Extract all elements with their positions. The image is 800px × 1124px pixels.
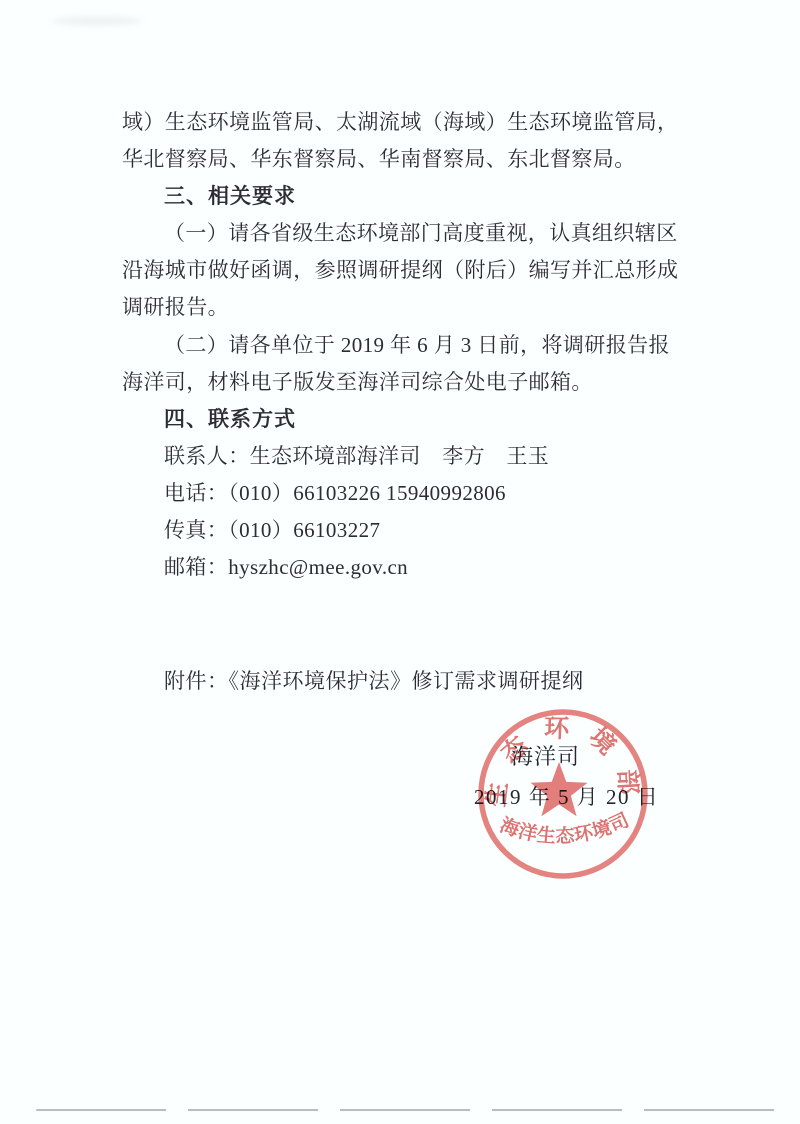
scan-edge-line [36, 1109, 790, 1111]
official-seal: 生态环境部 海洋生态环境司 [477, 708, 649, 880]
text-line-3: 三、相关要求 [122, 178, 686, 215]
scan-smudge [52, 16, 142, 26]
text-line-2: 华北督察局、华东督察局、华南督察局、东北督察局。 [122, 141, 686, 178]
text-line-11: 电话：（010）66103226 15940992806 [122, 475, 686, 512]
document-page: 域）生态环境监管局、太湖流域（海域）生态环境监管局，华北督察局、华东督察局、华南… [0, 0, 800, 1124]
text-line-4: （一）请各省级生态环境部门高度重视，认真组织辖区 [122, 215, 686, 252]
seal-bottom-text: 海洋生态环境司 [497, 809, 633, 848]
text-line-9: 四、联系方式 [122, 401, 686, 438]
seal-star-icon [531, 762, 588, 816]
text-line-7: （二）请各单位于 2019 年 6 月 3 日前，将调研报告报 [122, 327, 686, 364]
text-line-8: 海洋司，材料电子版发至海洋司综合处电子邮箱。 [122, 364, 686, 401]
text-line-6: 调研报告。 [122, 289, 686, 326]
attachment-line: 附件：《海洋环境保护法》修订需求调研提纲 [122, 663, 722, 700]
text-line-1: 域）生态环境监管局、太湖流域（海域）生态环境监管局， [122, 104, 686, 141]
text-line-10: 联系人：生态环境部海洋司 李方 王玉 [122, 438, 686, 475]
text-line-5: 沿海城市做好函调，参照调研提纲（附后）编写并汇总形成 [122, 252, 686, 289]
text-line-12: 传真：（010）66103227 [122, 512, 686, 549]
document-body: 域）生态环境监管局、太湖流域（海域）生态环境监管局，华北督察局、华东督察局、华南… [122, 104, 686, 586]
text-line-13: 邮箱：hyszhc@mee.gov.cn [122, 549, 686, 586]
